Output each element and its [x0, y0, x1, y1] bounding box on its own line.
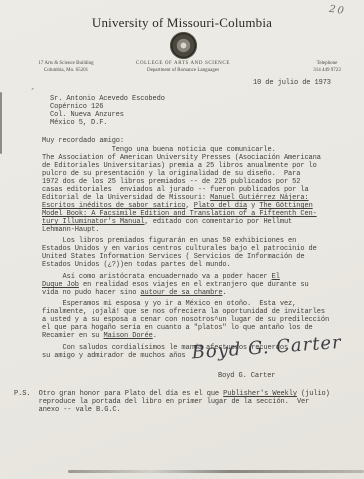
letterhead-college-line1: COLLEGE OF ARTS AND SCIENCE — [117, 61, 249, 68]
scan-artifact-bottom-edge — [68, 470, 364, 473]
paragraph-duque-job: Así como aristócrata encuadernado va a p… — [42, 273, 309, 297]
letter-date: 10 de julio de 1973 — [253, 79, 331, 87]
letterhead-college-line2: Department of Romance Languages — [117, 68, 249, 75]
letterhead-phone-number: 314 449 9723 — [290, 68, 364, 75]
scan-artifact-left-edge — [0, 92, 2, 154]
recipient-address: Sr. Antonio Acevedo EscobedoCopérnico 12… — [50, 95, 165, 127]
letterhead-address-line2: Columbia, Mo. 65201 — [14, 68, 118, 75]
university-title: University of Missouri-Columbia — [0, 15, 364, 31]
postscript: P.S. Otro gran honor para Plato del día … — [14, 390, 330, 414]
signature-typed-name: Boyd G. Carter — [218, 372, 275, 380]
letterhead-college: COLLEGE OF ARTS AND SCIENCE Department o… — [117, 61, 249, 74]
paragraph-exhibitions: Los libros premiados figurarán en unas 5… — [42, 237, 317, 269]
salutation: Muy recordado amigo: — [42, 137, 124, 145]
paragraph-visit-mexico: Esperamos mi esposa y yo ir a México en … — [42, 300, 329, 340]
letterhead-phone: Telephone 314 449 9723 — [290, 61, 364, 74]
letterhead-address: 17 Arts & Science Building Columbia, Mo.… — [14, 61, 118, 74]
paragraph-awards-news: Tengo una buena noticia que comunicarle.… — [42, 146, 321, 234]
university-seal-icon — [170, 32, 197, 59]
scanned-letter-page: 20 University of Missouri-Columbia 17 Ar… — [0, 0, 364, 479]
pen-mark: , — [31, 82, 35, 91]
